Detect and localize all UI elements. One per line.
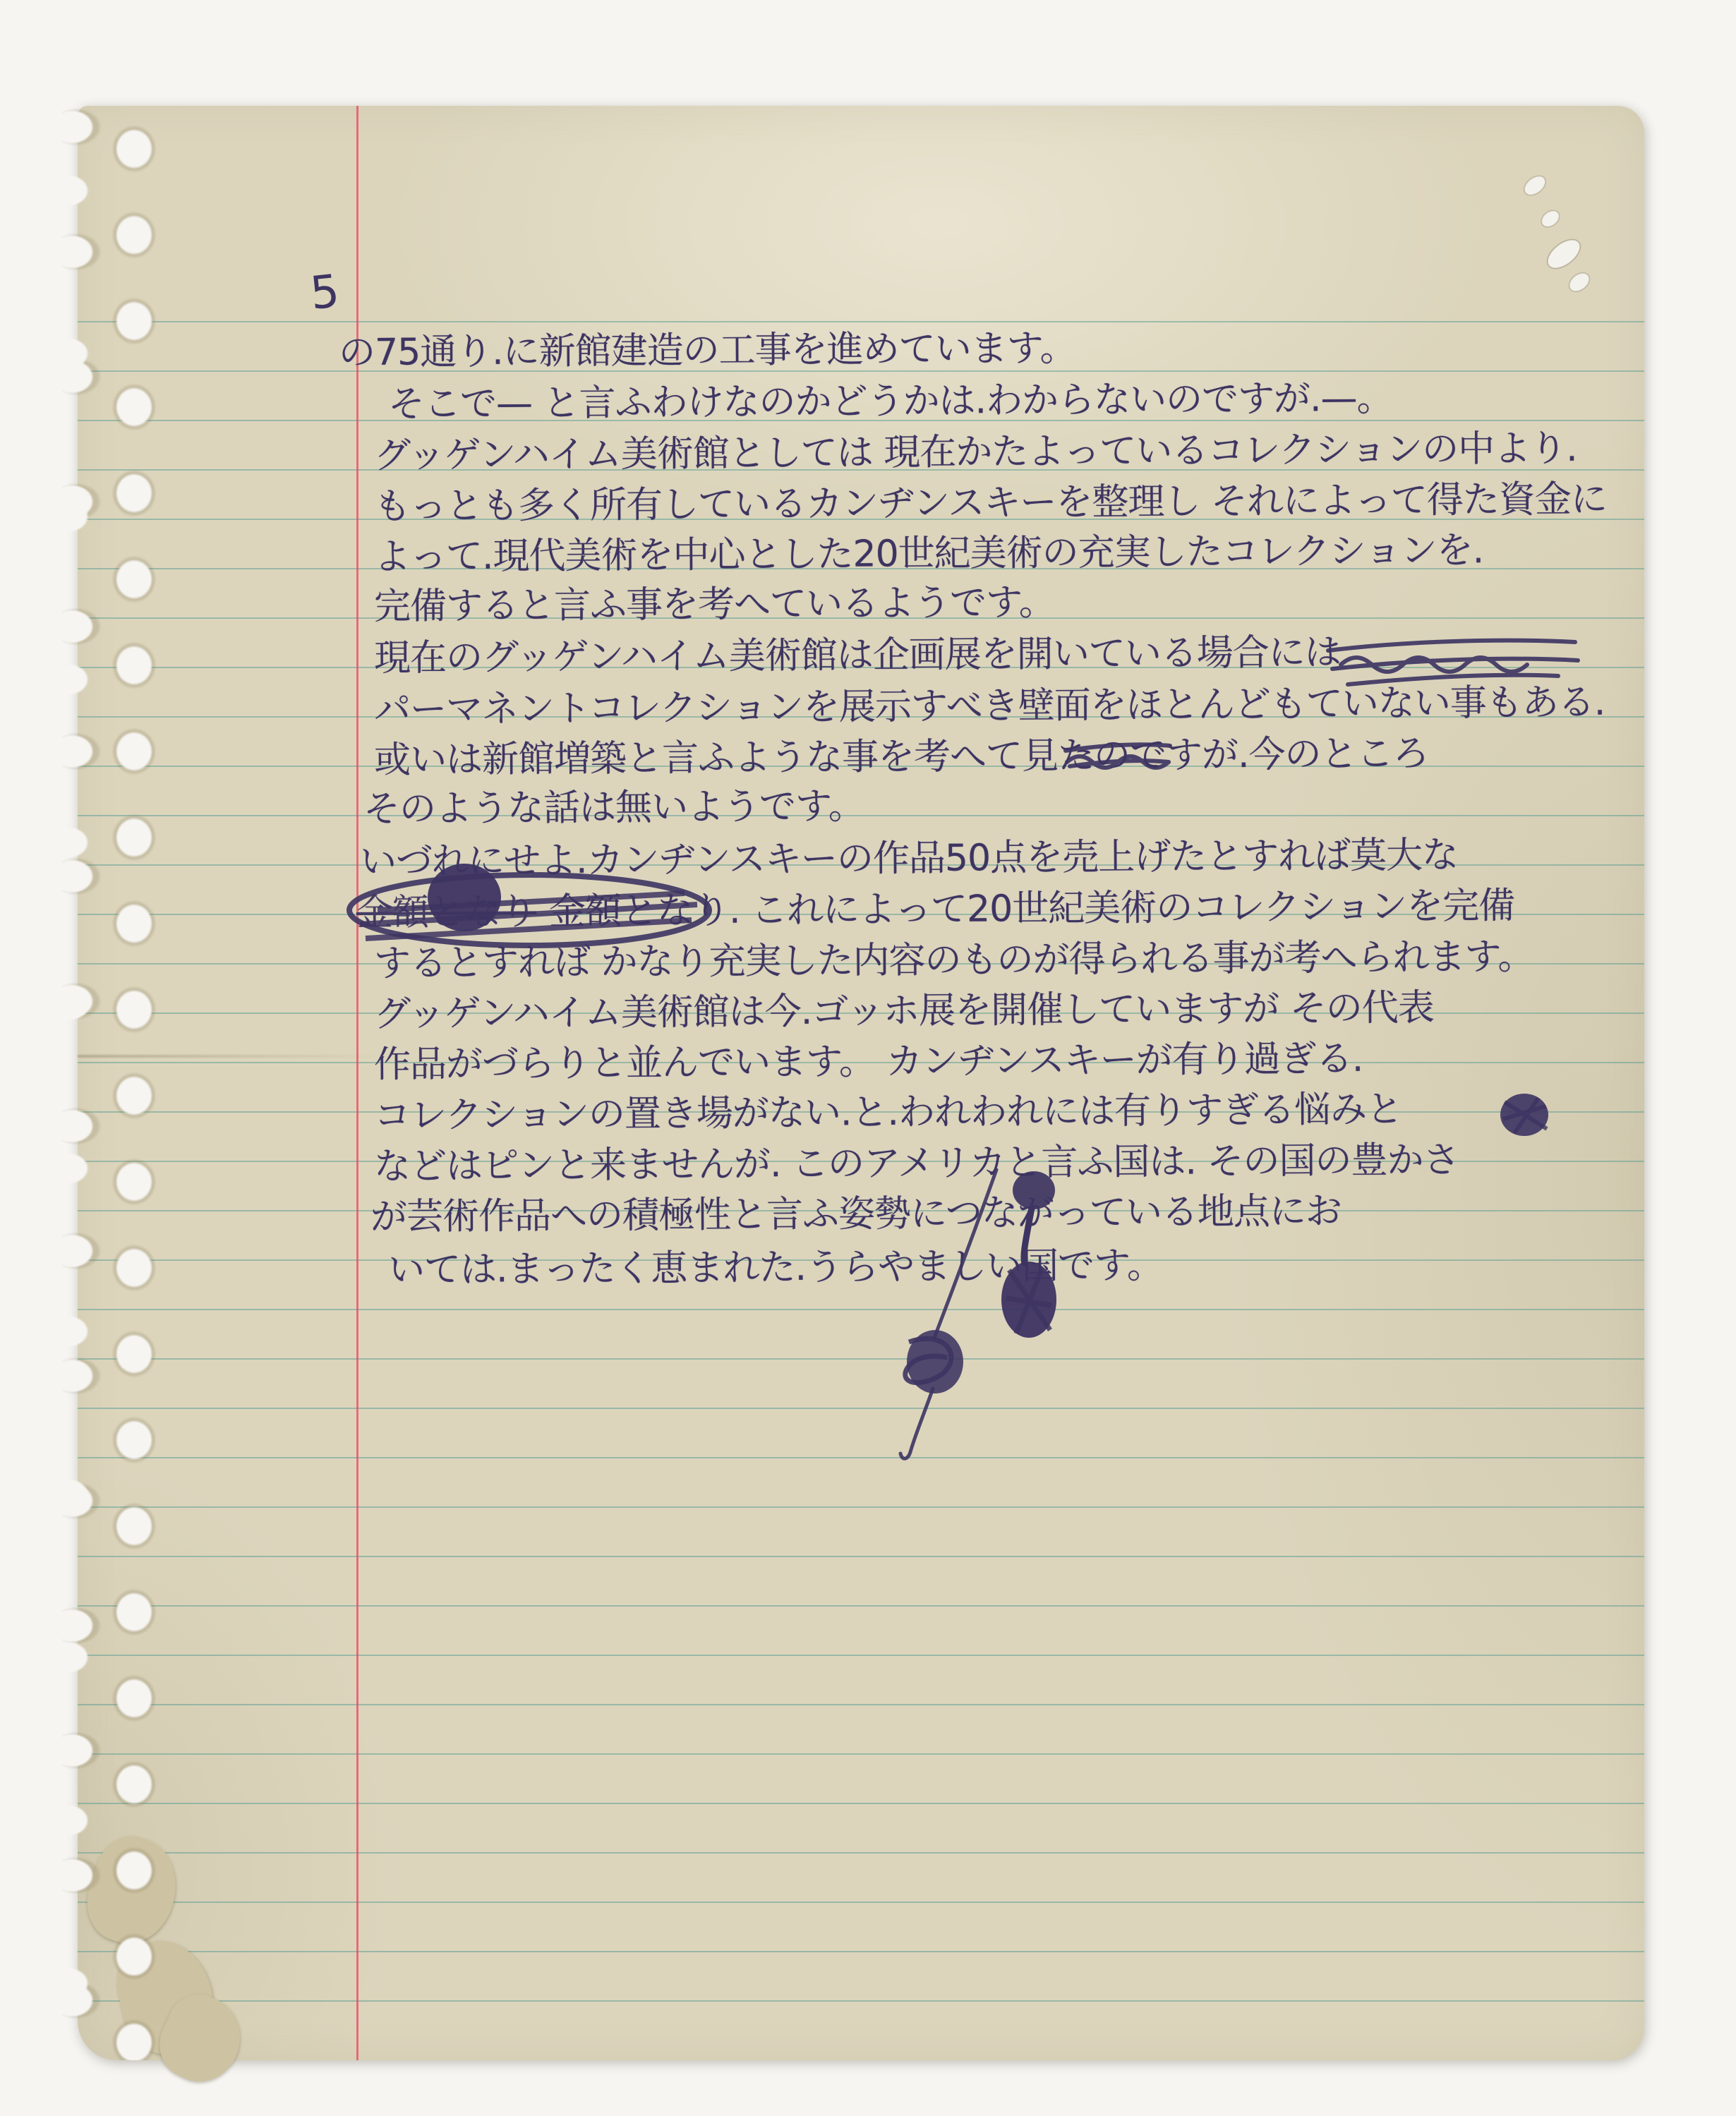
margin-line	[356, 106, 358, 2060]
handwritten-line: グッゲンハイム美術館としては 現在かたよっているコレクションの中より.	[374, 426, 1577, 479]
handwritten-line: 金額となり金額となり. これによって20世紀美術のコレクションを完備	[356, 883, 1515, 936]
handwritten-line: 完備すると言ふ事を考へているようです。	[374, 580, 1055, 630]
scan-background: 5 の75通り.に新館建造の工事を進めています。 そこで— と言ふわけなのかどう…	[0, 0, 1736, 2116]
notebook-page: 5 の75通り.に新館建造の工事を進めています。 そこで— と言ふわけなのかどう…	[78, 106, 1644, 2060]
handwritten-line: 現在のグッゲンハイム美術館は企画展を開いている場合には	[374, 630, 1341, 682]
handwritten-line: そこで— と言ふわけなのかどうかは.わからないのですが.—。	[388, 376, 1393, 428]
crossed-out-text: 金額となり	[356, 890, 536, 934]
handwritten-line: 作品がづらりと並んでいます。 カンヂンスキーが有り過ぎる.	[374, 1036, 1363, 1089]
handwritten-line: の75通り.に新館建造の工事を進めています。	[339, 326, 1076, 376]
handwritten-line: いては.まったく恵まれた.うらやましい国です。	[388, 1243, 1163, 1294]
handwritten-text: 金額となり. これによって20世紀美術のコレクションを完備	[549, 885, 1514, 933]
handwritten-line: するとすれば かなり充実した内容のものが得られる事が考へられます。	[374, 934, 1534, 987]
ink-blot-line-16-icon	[1500, 1094, 1548, 1136]
handwritten-line: いづれにせよ.カンヂンスキーの作品50点を売上げたとすれば莫大な	[360, 833, 1458, 885]
strikeout-line-7-icon	[1328, 641, 1578, 684]
handwritten-line: パーマネントコレクションを展示すべき壁面をほとんどもていない事もある.	[374, 680, 1605, 734]
torn-left-edge	[62, 106, 175, 2060]
handwritten-line: グッゲンハイム美術館は今.ゴッホ展を開催していますが その代表	[374, 985, 1434, 1037]
handwritten-line: 或いは新館増築と言ふような事を考へて見たのですが.今のところ	[374, 731, 1429, 783]
handwritten-line: が芸術作品への積極性と言ふ姿勢につながっている地点にお	[370, 1189, 1342, 1240]
tears-top-right-icon	[1521, 172, 1593, 296]
handwritten-line: コレクションの置き場がない.と.われわれには有りすぎる悩みと	[374, 1087, 1402, 1139]
page-number: 5	[308, 265, 342, 320]
handwritten-line: もっとも多く所有しているカンヂンスキーを整理し それによって得た資金に	[374, 477, 1607, 531]
handwritten-line: そのような話は無いようです。	[363, 784, 864, 833]
handwritten-line: などはピンと来ませんが. このアメリカと言ふ国は. その国の豊かさ	[374, 1137, 1459, 1190]
handwritten-line: よって.現代美術を中心とした20世紀美術の充実したコレクションを.	[374, 528, 1484, 581]
